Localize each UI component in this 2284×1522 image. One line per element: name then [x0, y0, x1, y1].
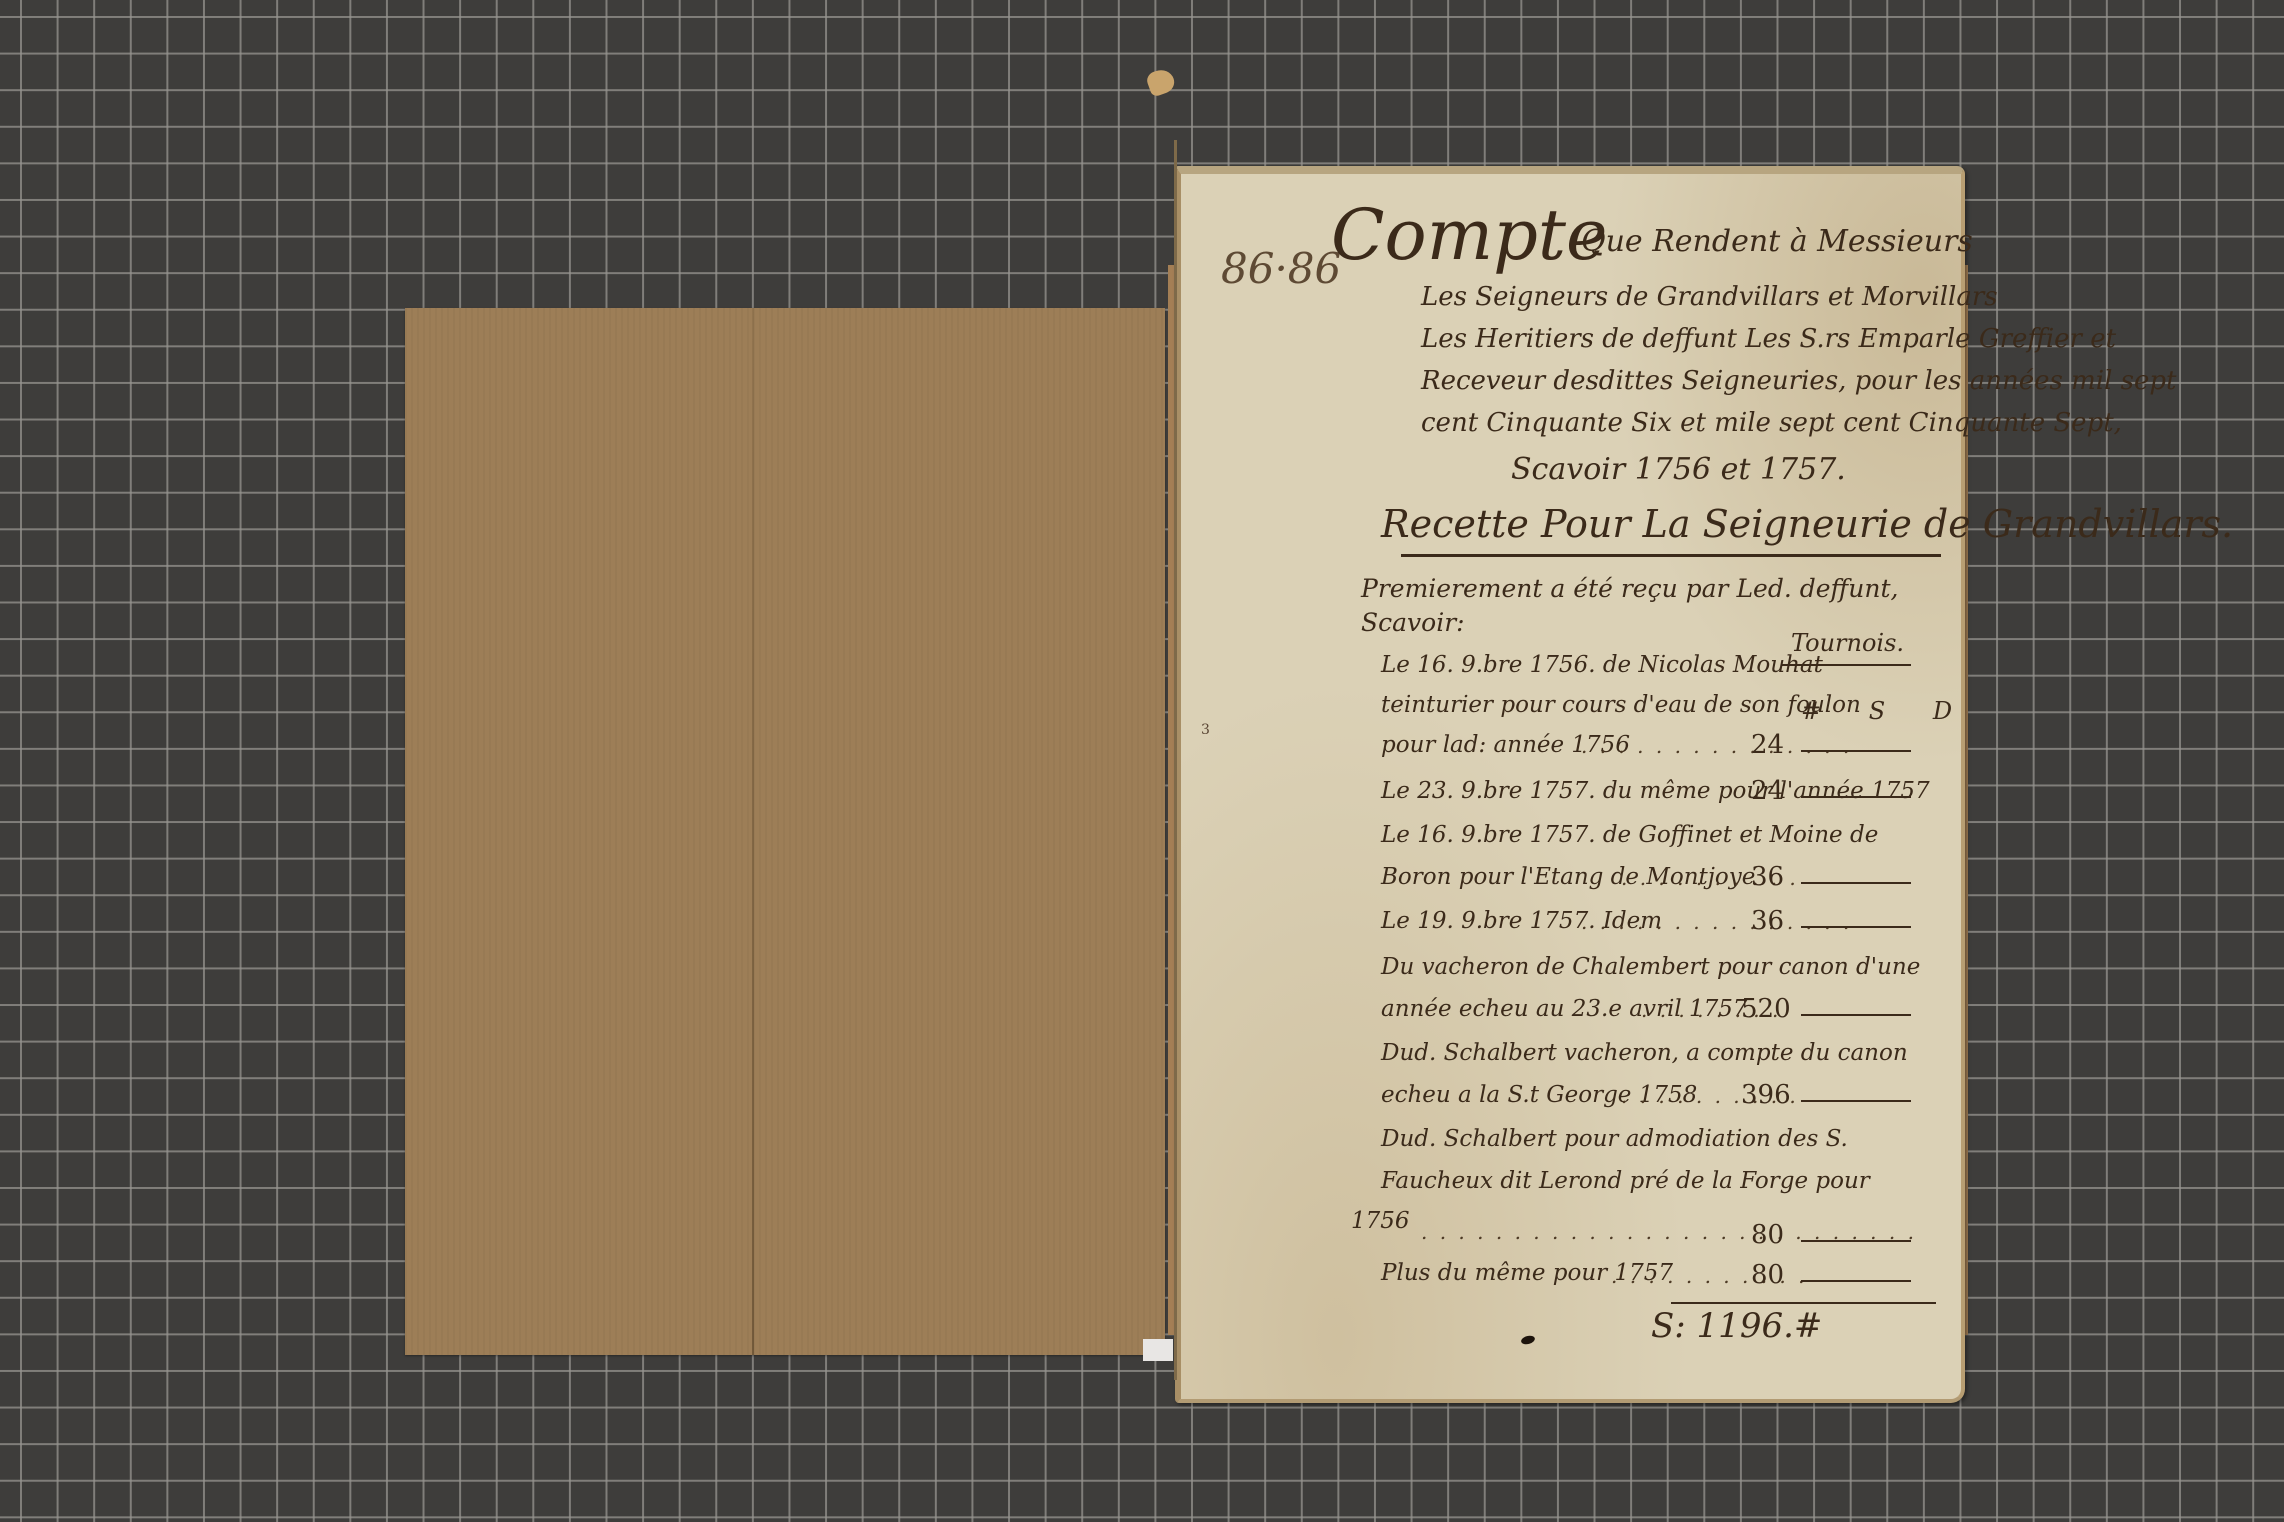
entry-6-amount: 396 [1741, 1080, 1791, 1110]
folder-fold-line [752, 308, 754, 1355]
entry-1-line-1: Le 16. 9.bre 1756. de Nicolas Mouhat [1381, 652, 1823, 678]
entry-7-line-2: Faucheux dit Lerond pré de la Forge pour [1381, 1168, 1870, 1194]
heading-line-6: Scavoir 1756 et 1757. [1511, 452, 1846, 487]
heading-line-1: Que Rendent à Messieurs [1581, 224, 1973, 259]
heading-line-5: cent Cinquante Six et mile sept cent Cin… [1421, 408, 2122, 438]
entry-2-rule [1801, 796, 1911, 798]
ink-blot [1520, 1334, 1536, 1345]
total-amount: S: 1196.# [1651, 1306, 1822, 1346]
entry-1-line-2: teinturier pour cours d'eau de son foulo… [1381, 692, 1861, 718]
section-title: Recette Pour La Seigneurie de Grandvilla… [1381, 502, 2233, 546]
entry-8-amount: 80 [1751, 1260, 1784, 1290]
entry-1-rule [1801, 750, 1911, 752]
paper-fragment [1145, 66, 1178, 97]
entry-8-rule [1801, 1280, 1911, 1282]
brown-folder-cover [405, 308, 1165, 1355]
entry-3-line-1: Le 16. 9.bre 1757. de Goffinet et Moine … [1381, 822, 1878, 848]
heading-line-4: Receveur desdittes Seigneuries, pour les… [1421, 366, 2176, 396]
margin-mark: 3 [1201, 722, 1210, 738]
folder-inner-sheet [1143, 1339, 1173, 1361]
heading-line-3: Les Heritiers de deffunt Les S.rs Emparl… [1421, 324, 2116, 354]
intro-line-2: Scavoir: [1361, 608, 1465, 637]
entry-5-amount: 520 [1741, 994, 1791, 1024]
entry-4-rule [1801, 926, 1911, 928]
entry-7-rule [1801, 1240, 1911, 1242]
entry-2-line-1: Le 23. 9.bre 1757. du même pour l'année … [1381, 778, 1930, 804]
folio-number: 86·86 [1221, 244, 1341, 293]
entry-7-line-3: 1756 [1351, 1208, 1410, 1234]
entry-1-amount: 24 [1751, 730, 1784, 760]
entry-5-line-1: Du vacheron de Chalembert pour canon d'u… [1381, 954, 1920, 980]
entry-5-rule [1801, 1014, 1911, 1016]
heading-line-2: Les Seigneurs de Grandvillars et Morvill… [1421, 282, 1998, 312]
leader-dots: . . . . . . . . . . . . . . . [1581, 734, 1852, 758]
section-underline [1401, 554, 1941, 557]
manuscript-page: 86·86 Compte Que Rendent à Messieurs Les… [1175, 166, 1965, 1403]
unit-deniers: D [1933, 697, 1972, 725]
entry-2-amount: 24 [1751, 776, 1784, 806]
entry-7-amount: 80 [1751, 1220, 1784, 1250]
leader-dots: . . . . . . . . . . . . . . . [1581, 910, 1852, 934]
entry-6-line-1: Dud. Schalbert vacheron, a compte du can… [1381, 1040, 1908, 1066]
entry-3-amount: 36 [1751, 862, 1784, 892]
intro-line-1: Premierement a été reçu par Led. deffunt… [1361, 574, 1898, 603]
binding-thread [1174, 140, 1185, 1380]
title-word: Compte [1331, 194, 1607, 276]
entry-7-line-1: Dud. Schalbert pour admodiation des S. [1381, 1126, 1848, 1152]
unit-sols: S [1869, 697, 1905, 725]
entry-6-rule [1801, 1100, 1911, 1102]
entry-3-rule [1801, 882, 1911, 884]
entry-4-amount: 36 [1751, 906, 1784, 936]
total-rule [1671, 1302, 1936, 1304]
